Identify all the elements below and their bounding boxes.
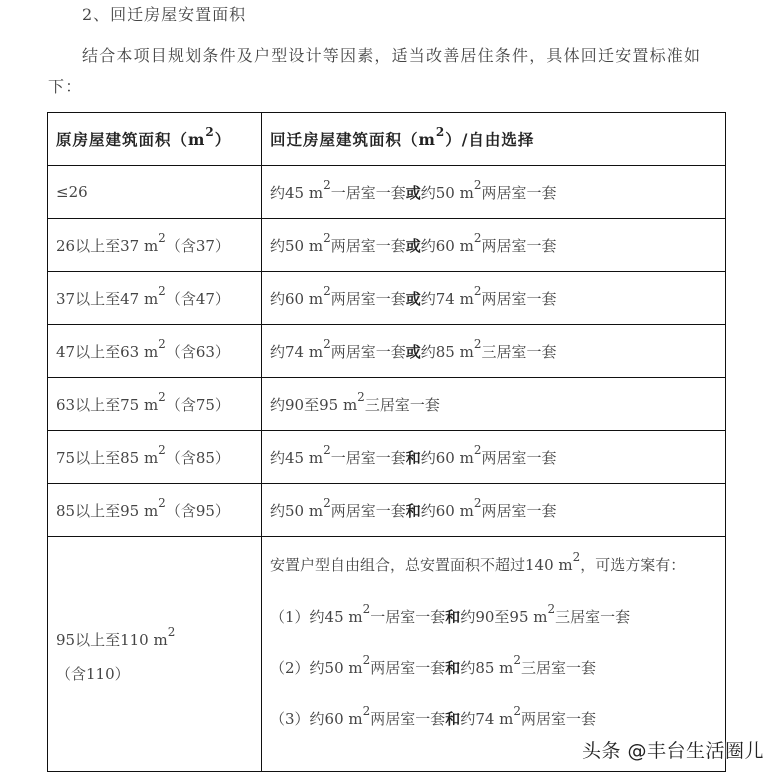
superscript: 2 <box>474 496 482 510</box>
conjunction: 和 <box>445 659 460 677</box>
cell-text: 安置户型自由组合，总安置面积不超过140 m <box>270 556 573 574</box>
cell-text: 三居室一套 <box>365 396 440 414</box>
cell-text: 约60 m <box>421 449 474 467</box>
cell-text: （含37） <box>166 237 230 255</box>
superscript: 2 <box>323 443 331 457</box>
conjunction: 和 <box>445 608 460 626</box>
cell-text: 两居室一套 <box>521 710 596 728</box>
table-row: 85以上至95 m2（含95） 约50 m2两居室一套和约60 m2两居室一套 <box>48 484 726 537</box>
superscript: 2 <box>323 496 331 510</box>
cell-text: 85以上至95 m <box>56 502 158 520</box>
cell-text: （含110） <box>56 665 130 683</box>
cell-text: 约50 m <box>270 237 323 255</box>
cell-text: 约50 m <box>270 502 323 520</box>
superscript: 2 <box>474 231 482 245</box>
superscript: 2 <box>474 443 482 457</box>
conjunction: 和 <box>406 449 421 467</box>
cell-text: 约74 m <box>460 710 513 728</box>
superscript: 2 <box>363 653 371 667</box>
superscript: 2 <box>168 625 176 639</box>
cell-text: （含85） <box>166 449 230 467</box>
resettlement-area-cell: 约45 m2一居室一套或约50 m2两居室一套 <box>262 166 726 219</box>
resettlement-area-cell: 约60 m2两居室一套或约74 m2两居室一套 <box>262 272 726 325</box>
section-heading: 2、回迁房屋安置面积 <box>82 2 246 25</box>
original-area-cell: ≤26 <box>48 166 262 219</box>
cell-text: 两居室一套 <box>482 290 557 308</box>
table-row: 75以上至85 m2（含85） 约45 m2一居室一套和约60 m2两居室一套 <box>48 431 726 484</box>
cell-text: 两居室一套 <box>331 290 406 308</box>
cell-text: ，可选方案有： <box>580 556 685 574</box>
superscript: 2 <box>158 443 166 457</box>
original-area-cell: 75以上至85 m2（含85） <box>48 431 262 484</box>
cell-text: 三居室一套 <box>482 343 557 361</box>
cell-text: 26以上至37 m <box>56 237 158 255</box>
cell-text: 约74 m <box>270 343 323 361</box>
cell-text: 约60 m <box>270 290 323 308</box>
cell-text: 75以上至85 m <box>56 449 158 467</box>
cell-text: 约50 m <box>421 184 474 202</box>
superscript: 2 <box>158 337 166 351</box>
option-number: （3） <box>270 710 310 728</box>
source-watermark: 头条 @丰台生活圈儿 <box>582 736 764 763</box>
cell-text: 63以上至75 m <box>56 396 158 414</box>
resettlement-standard-table: 原房屋建筑面积（m2） 回迁房屋建筑面积（m2）/自由选择 ≤26 约45 m2… <box>47 112 726 772</box>
cell-text: ≤26 <box>56 183 88 201</box>
superscript: 2 <box>323 231 331 245</box>
cell-text: 三居室一套 <box>521 659 596 677</box>
cell-text: （含47） <box>166 290 230 308</box>
cell-text: 约45 m <box>310 608 363 626</box>
conjunction: 或 <box>406 343 421 361</box>
option-number: （1） <box>270 608 310 626</box>
cell-text: 47以上至63 m <box>56 343 158 361</box>
cell-text: 约45 m <box>270 184 323 202</box>
superscript: 2 <box>357 390 365 404</box>
cell-text: 两居室一套 <box>482 502 557 520</box>
cell-text: 37以上至47 m <box>56 290 158 308</box>
original-area-cell: 47以上至63 m2（含63） <box>48 325 262 378</box>
superscript: 2 <box>158 231 166 245</box>
conjunction: 或 <box>406 237 421 255</box>
superscript: 2 <box>474 178 482 192</box>
header-original-area: 原房屋建筑面积（m2） <box>48 113 262 166</box>
header-text: 原房屋建筑面积（m <box>56 130 205 149</box>
options-intro: 安置户型自由组合，总安置面积不超过140 m2，可选方案有： <box>270 547 725 579</box>
conjunction: 或 <box>406 290 421 308</box>
cell-text: 两居室一套 <box>370 659 445 677</box>
cell-text: 约60 m <box>310 710 363 728</box>
table-row: ≤26 约45 m2一居室一套或约50 m2两居室一套 <box>48 166 726 219</box>
header-resettlement-area: 回迁房屋建筑面积（m2）/自由选择 <box>262 113 726 166</box>
resettlement-area-cell: 约90至95 m2三居室一套 <box>262 378 726 431</box>
cell-text: 三居室一套 <box>555 608 630 626</box>
superscript: 2 <box>474 284 482 298</box>
cell-text: （含95） <box>166 502 230 520</box>
cell-text: 约85 m <box>421 343 474 361</box>
cell-text: 约50 m <box>310 659 363 677</box>
cell-text: 一居室一套 <box>331 449 406 467</box>
superscript: 2 <box>158 284 166 298</box>
table-row: 63以上至75 m2（含75） 约90至95 m2三居室一套 <box>48 378 726 431</box>
superscript: 2 <box>323 337 331 351</box>
cell-text: （含63） <box>166 343 230 361</box>
cell-text: 约45 m <box>270 449 323 467</box>
original-area-cell: 95以上至110 m2 （含110） <box>48 537 262 772</box>
cell-text: 两居室一套 <box>331 502 406 520</box>
intro-paragraph: 结合本项目规划条件及户型设计等因素，适当改善居住条件，具体回迁安置标准如下： <box>48 40 728 102</box>
cell-text: 两居室一套 <box>331 343 406 361</box>
superscript: 2 <box>158 390 166 404</box>
superscript: 2 <box>363 602 371 616</box>
superscript: 2 <box>547 602 555 616</box>
cell-text: 95以上至110 m <box>56 631 168 649</box>
table-row: 37以上至47 m2（含47） 约60 m2两居室一套或约74 m2两居室一套 <box>48 272 726 325</box>
conjunction: 和 <box>406 502 421 520</box>
superscript: 2 <box>474 337 482 351</box>
superscript: 2 <box>513 704 521 718</box>
cell-text: 约90至95 m <box>460 608 547 626</box>
option-line: （2）约50 m2两居室一套和约85 m2三居室一套 <box>270 650 725 681</box>
cell-text: 约90至95 m <box>270 396 357 414</box>
cell-text: 约60 m <box>421 237 474 255</box>
cell-text: 约60 m <box>421 502 474 520</box>
cell-line: 95以上至110 m2 <box>56 618 261 657</box>
resettlement-area-cell: 约50 m2两居室一套或约60 m2两居室一套 <box>262 219 726 272</box>
superscript: 2 <box>436 125 445 139</box>
resettlement-area-cell: 约45 m2一居室一套和约60 m2两居室一套 <box>262 431 726 484</box>
cell-text: 一居室一套 <box>331 184 406 202</box>
cell-text: 两居室一套 <box>482 237 557 255</box>
original-area-cell: 63以上至75 m2（含75） <box>48 378 262 431</box>
cell-text: 两居室一套 <box>331 237 406 255</box>
cell-text: 两居室一套 <box>482 449 557 467</box>
option-line: （3）约60 m2两居室一套和约74 m2两居室一套 <box>270 701 725 732</box>
cell-text: 两居室一套 <box>482 184 557 202</box>
conjunction: 或 <box>406 184 421 202</box>
option-line: （1）约45 m2一居室一套和约90至95 m2三居室一套 <box>270 599 725 630</box>
superscript: 2 <box>323 284 331 298</box>
table-header-row: 原房屋建筑面积（m2） 回迁房屋建筑面积（m2）/自由选择 <box>48 113 726 166</box>
cell-text: 约85 m <box>460 659 513 677</box>
resettlement-area-cell: 约74 m2两居室一套或约85 m2三居室一套 <box>262 325 726 378</box>
header-text: ） <box>215 130 232 149</box>
cell-text: 约74 m <box>421 290 474 308</box>
conjunction: 和 <box>445 710 460 728</box>
table-row: 26以上至37 m2（含37） 约50 m2两居室一套或约60 m2两居室一套 <box>48 219 726 272</box>
original-area-cell: 85以上至95 m2（含95） <box>48 484 262 537</box>
header-text: ）/自由选择 <box>445 130 534 149</box>
superscript: 2 <box>158 496 166 510</box>
original-area-cell: 37以上至47 m2（含47） <box>48 272 262 325</box>
superscript: 2 <box>513 653 521 667</box>
option-number: （2） <box>270 659 310 677</box>
resettlement-area-cell: 约50 m2两居室一套和约60 m2两居室一套 <box>262 484 726 537</box>
superscript: 2 <box>323 178 331 192</box>
cell-text: （含75） <box>166 396 230 414</box>
table-row: 47以上至63 m2（含63） 约74 m2两居室一套或约85 m2三居室一套 <box>48 325 726 378</box>
original-area-cell: 26以上至37 m2（含37） <box>48 219 262 272</box>
cell-line: （含110） <box>56 657 261 691</box>
header-text: 回迁房屋建筑面积（m <box>270 130 436 149</box>
cell-text: 一居室一套 <box>370 608 445 626</box>
superscript: 2 <box>205 125 214 139</box>
superscript: 2 <box>573 550 581 564</box>
cell-text: 两居室一套 <box>370 710 445 728</box>
superscript: 2 <box>363 704 371 718</box>
